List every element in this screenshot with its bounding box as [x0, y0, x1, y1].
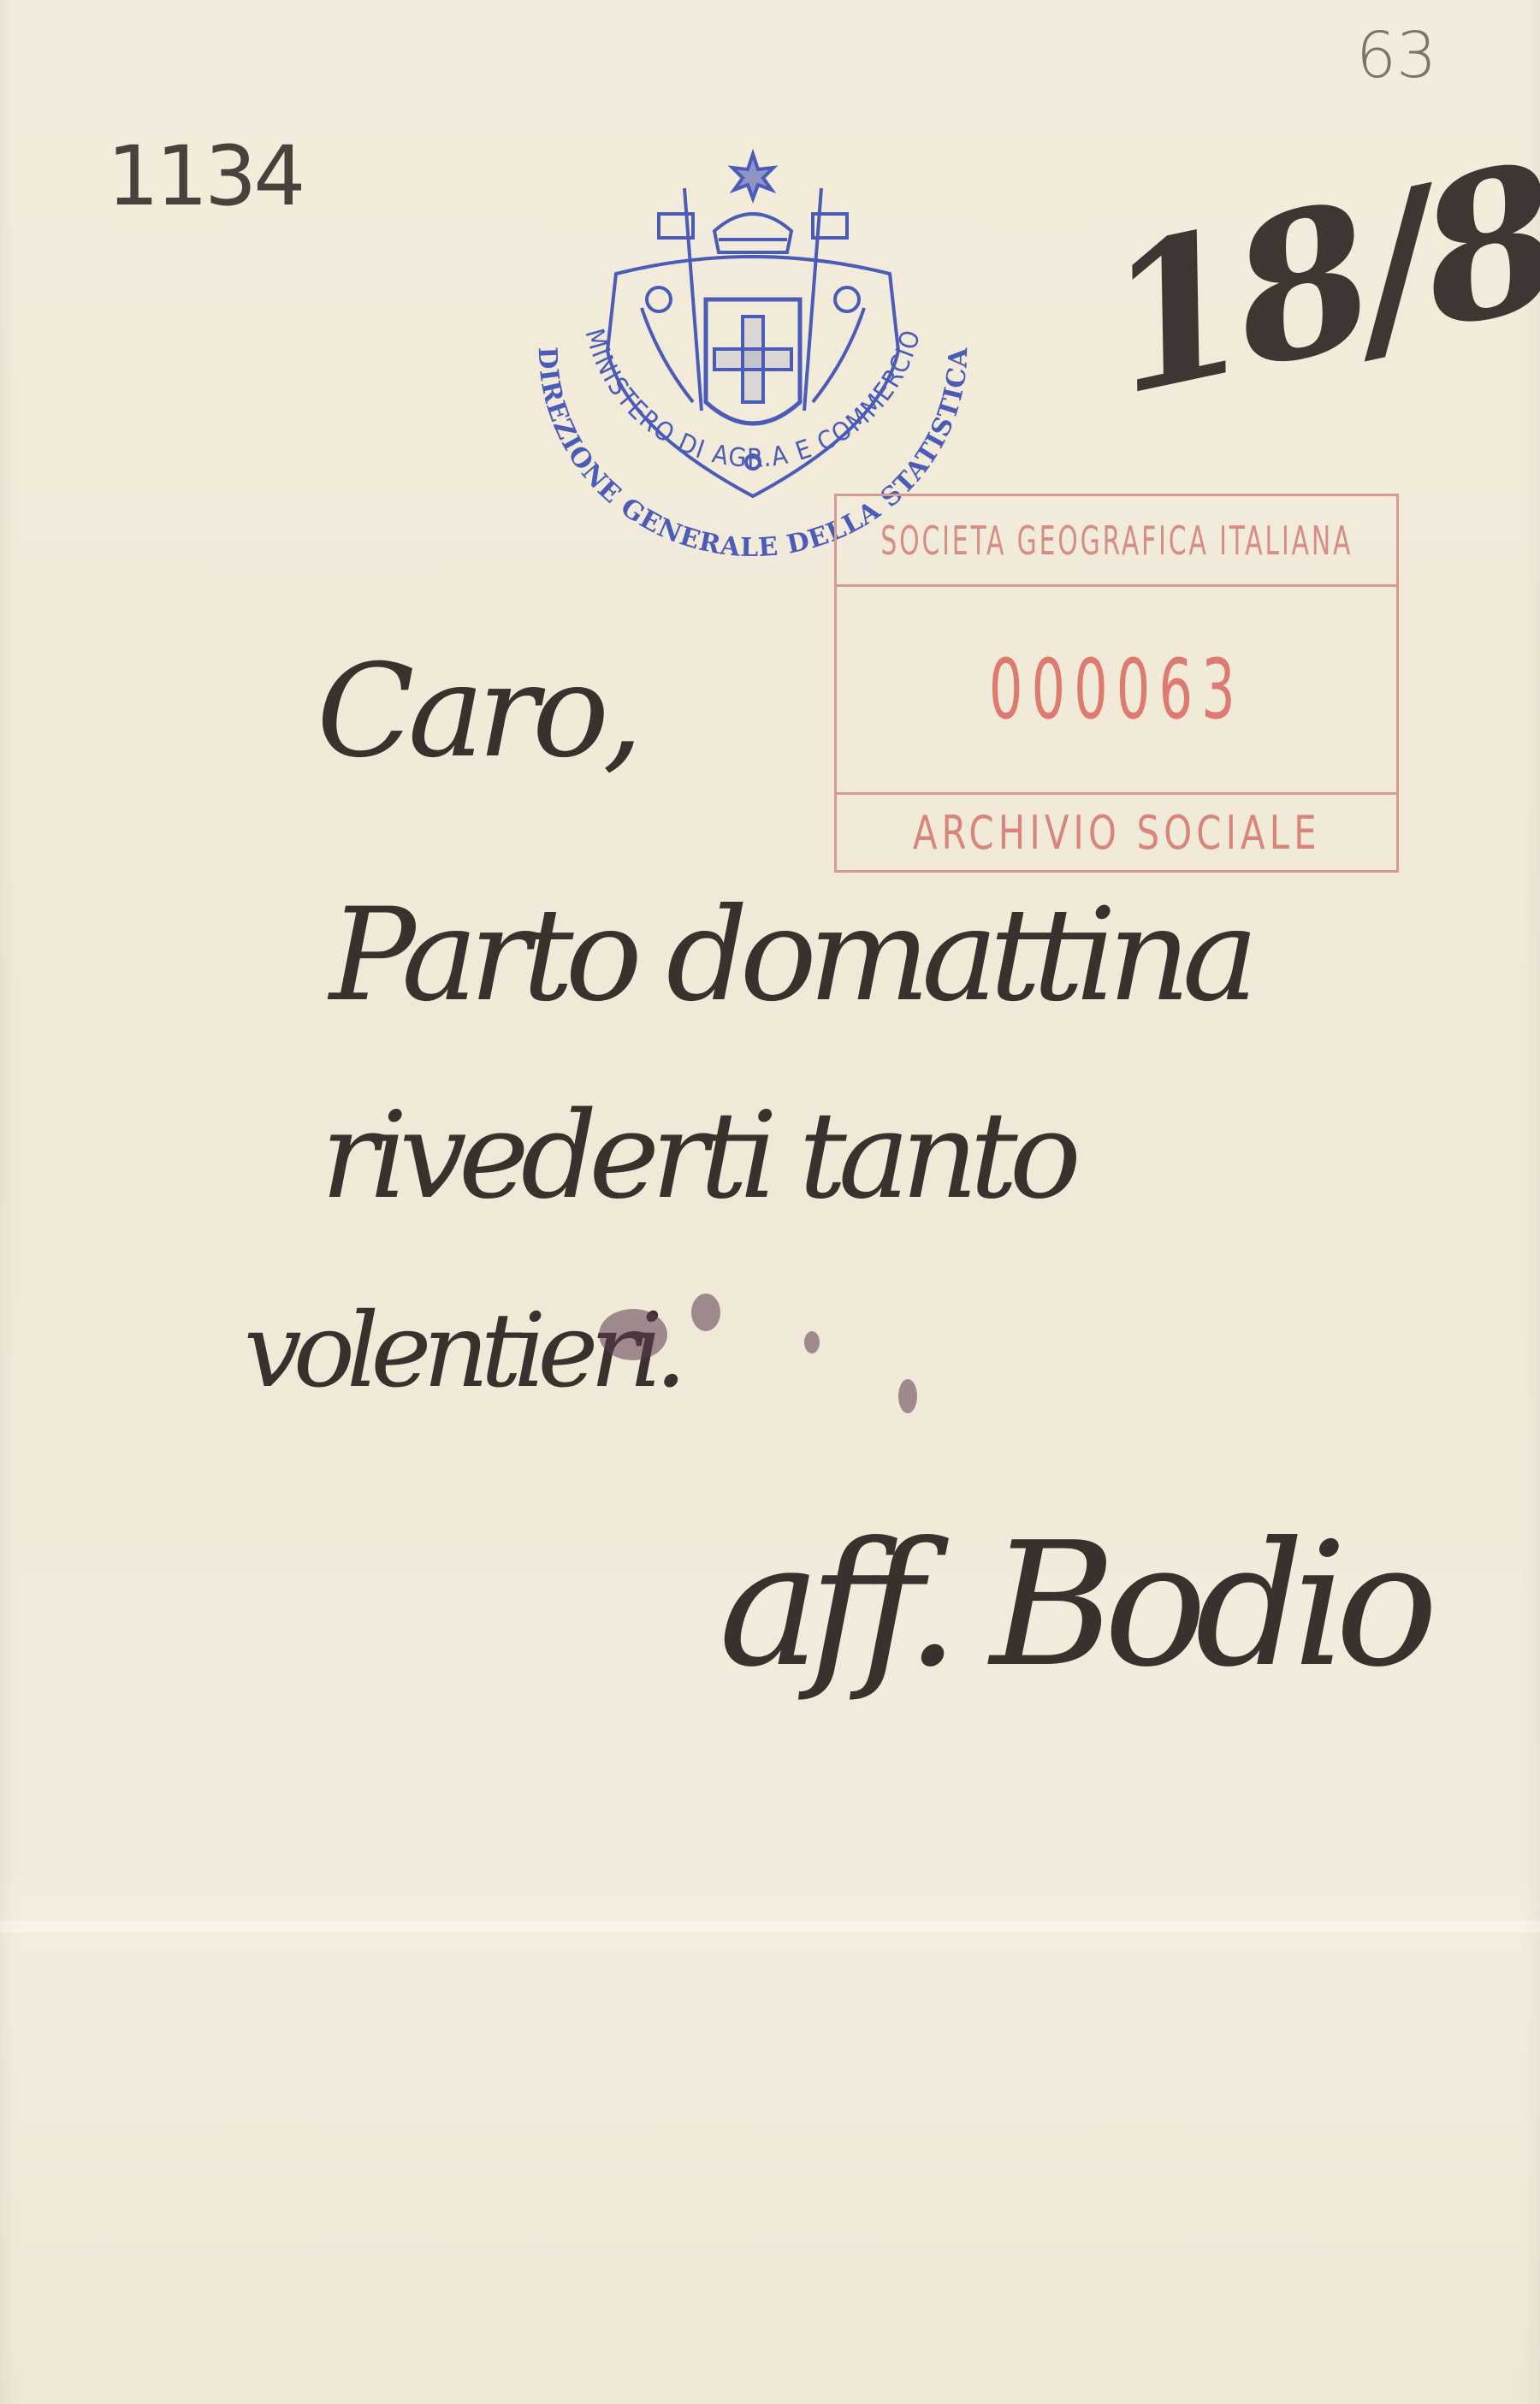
signature: aff. Bodio: [719, 1506, 1426, 1705]
ink-blot: [898, 1379, 917, 1413]
letter-salutation: Caro,: [317, 637, 637, 786]
archive-number: 000063: [989, 642, 1244, 737]
catalog-number: 1134: [107, 128, 302, 224]
archive-stamp: SOCIETA GEOGRAFICA ITALIANA 000063 ARCHI…: [834, 494, 1399, 873]
paper-fold-line: [0, 1921, 1540, 1933]
archive-stamp-header: SOCIETA GEOGRAFICA ITALIANA: [837, 496, 1396, 587]
handwritten-date: 18/8: [1087, 121, 1540, 440]
archive-label: ARCHIVIO SOCIALE: [913, 806, 1321, 860]
society-name: SOCIETA GEOGRAFICA ITALIANA: [880, 518, 1353, 564]
document-page: 63 1134 18/8: [0, 0, 1540, 2404]
ink-blot: [599, 1309, 667, 1360]
letter-line: rivederti tanto: [321, 1087, 1073, 1226]
archive-page-number: 63: [1356, 19, 1436, 92]
ink-blot: [691, 1294, 720, 1331]
ink-blot: [804, 1331, 820, 1353]
archive-stamp-footer: ARCHIVIO SOCIALE: [837, 795, 1396, 870]
letter-line: Parto domattina: [329, 881, 1250, 1030]
archive-stamp-body: 000063: [837, 587, 1396, 795]
